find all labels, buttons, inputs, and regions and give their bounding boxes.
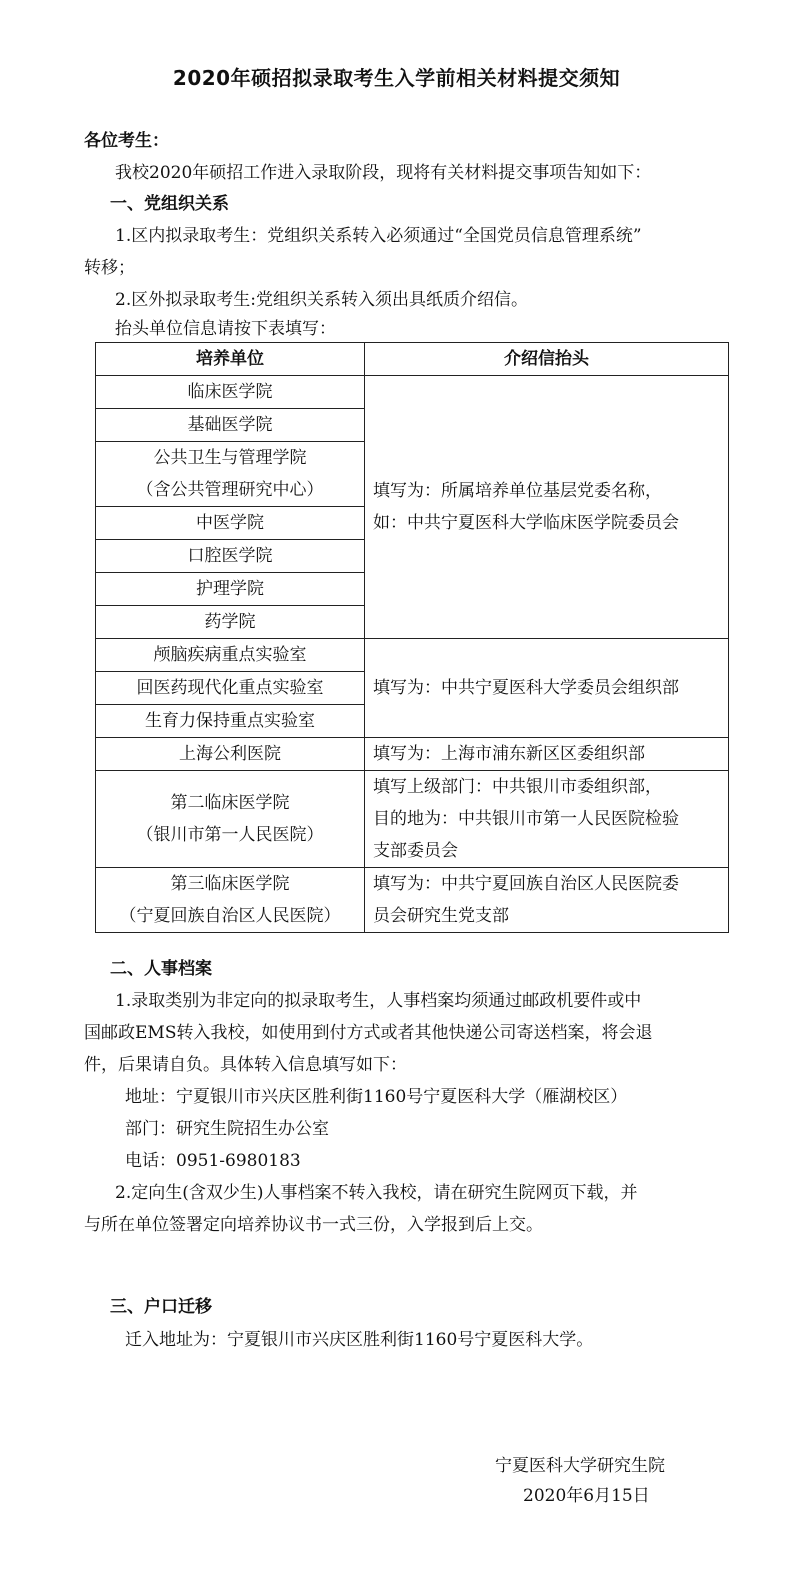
section2-heading: 二、人事档案 <box>110 958 212 980</box>
unit-cell: 公共卫生与管理学院 （含公共管理研究中心） <box>96 442 365 507</box>
letterhead-cell-group3: 填写为：上海市浦东新区区委组织部 <box>365 738 729 771</box>
unit-cell: 颅脑疾病重点实验室 <box>96 639 365 672</box>
table-row: 颅脑疾病重点实验室 填写为：中共宁夏医科大学委员会组织部 <box>96 639 729 672</box>
letterhead-text: 填写为：中共宁夏回族自治区人民医院委 <box>373 868 724 900</box>
salutation: 各位考生： <box>84 130 169 152</box>
unit-text: 第三临床医学院 <box>96 868 364 900</box>
section1-item1-line2: 转移； <box>84 257 135 279</box>
archive-phone: 电话：0951-6980183 <box>125 1150 301 1172</box>
letterhead-cell-group1: 填写为：所属培养单位基层党委名称， 如：中共宁夏医科大学临床医学院委员会 <box>365 376 729 639</box>
unit-cell: 第三临床医学院 （宁夏回族自治区人民医院） <box>96 868 365 933</box>
letterhead-cell-group5: 填写为：中共宁夏回族自治区人民医院委 员会研究生党支部 <box>365 868 729 933</box>
section2-item1-line2: 国邮政EMS转入我校，如使用到付方式或者其他快递公司寄送档案，将会退 <box>84 1022 652 1044</box>
table-row: 第三临床医学院 （宁夏回族自治区人民医院） 填写为：中共宁夏回族自治区人民医院委… <box>96 868 729 933</box>
letterhead-text: 如：中共宁夏医科大学临床医学院委员会 <box>373 507 724 539</box>
table-row: 临床医学院 填写为：所属培养单位基层党委名称， 如：中共宁夏医科大学临床医学院委… <box>96 376 729 409</box>
unit-cell: 上海公利医院 <box>96 738 365 771</box>
archive-address: 地址：宁夏银川市兴庆区胜利街1160号宁夏医科大学（雁湖校区） <box>125 1086 627 1108</box>
unit-cell: 药学院 <box>96 606 365 639</box>
letterhead-text: 填写为：所属培养单位基层党委名称， <box>373 475 724 507</box>
column-header-letterhead: 介绍信抬头 <box>365 343 729 376</box>
intro-paragraph: 我校2020年硕招工作进入录取阶段，现将有关材料提交事项告知如下： <box>115 162 651 184</box>
table-header-row: 培养单位 介绍信抬头 <box>96 343 729 376</box>
section2-item1-line3: 件，后果请自负。具体转入信息填写如下： <box>84 1054 407 1076</box>
table-row: 上海公利医院 填写为：上海市浦东新区区委组织部 <box>96 738 729 771</box>
table-row: 第二临床医学院 （银川市第一人民医院） 填写上级部门：中共银川市委组织部， 目的… <box>96 771 729 868</box>
unit-cell: 回医药现代化重点实验室 <box>96 672 365 705</box>
unit-cell: 口腔医学院 <box>96 540 365 573</box>
unit-cell: 临床医学院 <box>96 376 365 409</box>
letterhead-text: 填写上级部门：中共银川市委组织部， <box>373 771 724 803</box>
unit-text: （银川市第一人民医院） <box>96 819 364 851</box>
unit-cell: 生育力保持重点实验室 <box>96 705 365 738</box>
section2-item2-line2: 与所在单位签署定向培养协议书一式三份，入学报到后上交。 <box>84 1214 543 1236</box>
signature-org: 宁夏医科大学研究生院 <box>495 1455 665 1477</box>
section3-heading: 三、户口迁移 <box>110 1296 212 1318</box>
letterhead-text: 支部委员会 <box>373 835 724 867</box>
letterhead-cell-group2: 填写为：中共宁夏医科大学委员会组织部 <box>365 639 729 738</box>
archive-department: 部门：研究生院招生办公室 <box>125 1118 329 1140</box>
table-intro: 抬头单位信息请按下表填写： <box>115 318 336 340</box>
unit-cell: 中医学院 <box>96 507 365 540</box>
letterhead-text: 目的地为：中共银川市第一人民医院检验 <box>373 803 724 835</box>
column-header-unit: 培养单位 <box>96 343 365 376</box>
section2-item2-line1: 2.定向生(含双少生)人事档案不转入我校，请在研究生院网页下载，并 <box>115 1182 637 1204</box>
letterhead-cell-group4: 填写上级部门：中共银川市委组织部， 目的地为：中共银川市第一人民医院检验 支部委… <box>365 771 729 868</box>
document-title: 2020年硕招拟录取考生入学前相关材料提交须知 <box>0 62 793 91</box>
unit-cell: 护理学院 <box>96 573 365 606</box>
unit-cell: 第二临床医学院 （银川市第一人民医院） <box>96 771 365 868</box>
unit-text: 第二临床医学院 <box>96 787 364 819</box>
section1-heading: 一、党组织关系 <box>110 193 229 215</box>
unit-text: （含公共管理研究中心） <box>96 474 364 506</box>
signature-date: 2020年6月15日 <box>523 1485 650 1507</box>
letterhead-table: 培养单位 介绍信抬头 临床医学院 填写为：所属培养单位基层党委名称， 如：中共宁… <box>95 342 729 933</box>
section1-item2: 2.区外拟录取考生:党组织关系转入须出具纸质介绍信。 <box>115 289 528 311</box>
hukou-address: 迁入地址为：宁夏银川市兴庆区胜利街1160号宁夏医科大学。 <box>125 1329 593 1351</box>
section2-item1-line1: 1.录取类别为非定向的拟录取考生，人事档案均须通过邮政机要件或中 <box>115 990 641 1012</box>
unit-cell: 基础医学院 <box>96 409 365 442</box>
unit-text: （宁夏回族自治区人民医院） <box>96 900 364 932</box>
letterhead-text: 员会研究生党支部 <box>373 900 724 932</box>
unit-text: 公共卫生与管理学院 <box>96 442 364 474</box>
section1-item1-line1: 1.区内拟录取考生：党组织关系转入必须通过“全国党员信息管理系统” <box>115 225 642 247</box>
